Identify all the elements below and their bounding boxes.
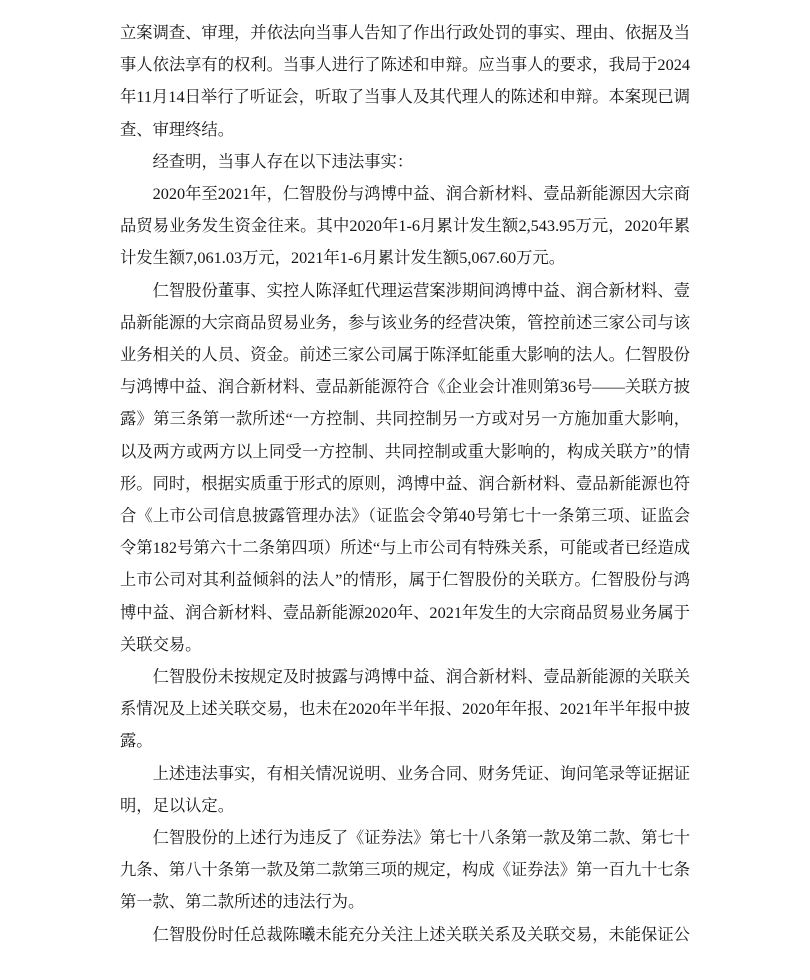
paragraph: 经查明，当事人存在以下违法事实： bbox=[120, 146, 690, 178]
document-page: 立案调查、审理，并依法向当事人告知了作出行政处罚的事实、理由、依据及当事人依法享… bbox=[0, 0, 810, 980]
paragraph: 仁智股份的上述行为违反了《证券法》第七十八条第一款及第二款、第七十九条、第八十条… bbox=[120, 822, 690, 919]
paragraph: 上述违法事实，有相关情况说明、业务合同、财务凭证、询问笔录等证据证明，足以认定。 bbox=[120, 758, 690, 822]
paragraph: 仁智股份董事、实控人陈泽虹代理运营案涉期间鸿博中益、润合新材料、壹品新能源的大宗… bbox=[120, 275, 690, 661]
paragraph: 仁智股份未按规定及时披露与鸿博中益、润合新材料、壹品新能源的关联关系情况及上述关… bbox=[120, 661, 690, 758]
paragraph: 2020年至2021年，仁智股份与鸿博中益、润合新材料、壹品新能源因大宗商品贸易… bbox=[120, 178, 690, 275]
document-body: 立案调查、审理，并依法向当事人告知了作出行政处罚的事实、理由、依据及当事人依法享… bbox=[120, 17, 690, 951]
paragraph: 仁智股份时任总裁陈曦未能充分关注上述关联关系及关联交易，未能保证公 bbox=[120, 919, 690, 951]
paragraph: 立案调查、审理，并依法向当事人告知了作出行政处罚的事实、理由、依据及当事人依法享… bbox=[120, 17, 690, 146]
